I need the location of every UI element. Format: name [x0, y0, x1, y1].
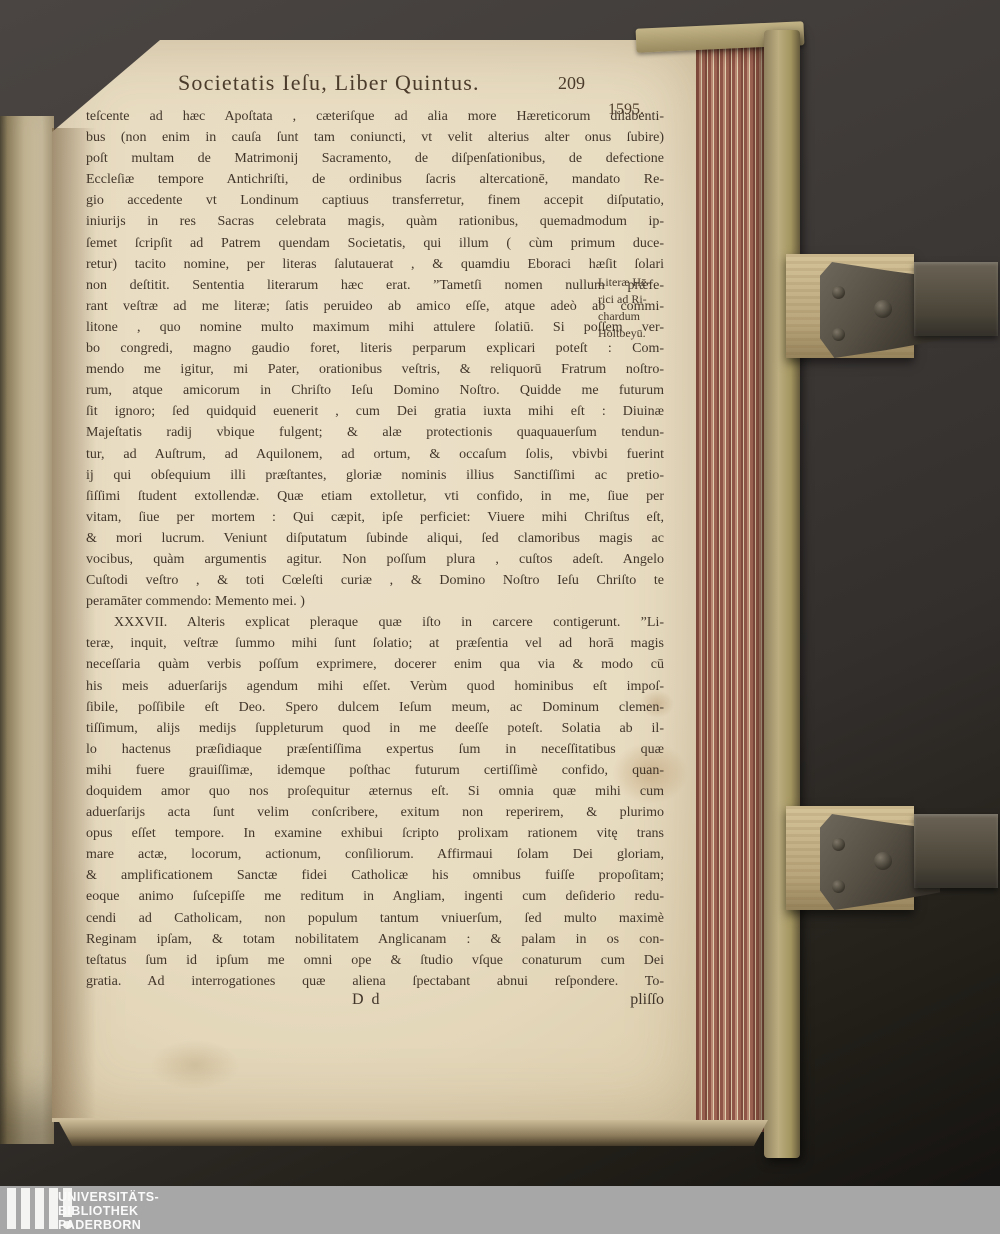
text-line: Eccleſiæ tempore Antichriſti, de ordinib… [86, 169, 664, 190]
text-line: mendo me igitur, mi Pater, orationibus v… [86, 359, 664, 380]
text-line: rum, atque amicorum in Chriſto Ieſu Domi… [86, 380, 664, 401]
text-line: ſiſſimi ſtudent extollendæ. Quæ etiam ex… [86, 486, 664, 507]
fore-edge-page-stack [696, 46, 766, 1132]
text-line: Cuſtodi veſtro , & toti Cœleſti curiæ , … [86, 570, 664, 591]
text-line: non deſtitit. Sententia literarum hæc er… [86, 275, 664, 296]
text-line: mihi fuere grauiſſimæ, idemque poſthac f… [86, 760, 664, 781]
text-line: & mori lucrum. Veniunt diſputatum ſubind… [86, 528, 664, 549]
text-line: gio accedente vt Londinum captiuus trans… [86, 190, 664, 211]
clasp-rivet [832, 880, 845, 893]
library-name: UNIVERSITÄTS-BIBLIOTHEKPADERBORN [58, 1190, 159, 1232]
text-line: ſibile, poſſibile eſt Deo. Spero dulcem … [86, 697, 664, 718]
text-line: bus (non enim in cauſa ſunt tam coniunct… [86, 127, 664, 148]
text-line: retur) tacito nomine, per literas ſaluta… [86, 254, 664, 275]
text-line: Majeſtatis radij vbique fulgent; & alæ p… [86, 422, 664, 443]
library-name-line: BIBLIOTHEK [58, 1204, 159, 1218]
text-line: poſt multam de Matrimonij Sacramento, de… [86, 148, 664, 169]
clasp-rivet [874, 300, 892, 318]
text-line: mare actæ, locorum, actionum, conſilioru… [86, 844, 664, 865]
upper-clasp [786, 248, 1000, 366]
text-line: opus eſſet tempore. In examine exhibui ſ… [86, 823, 664, 844]
logo-bar [7, 1188, 16, 1229]
clasp-rivet [874, 852, 892, 870]
text-line: neceſſaria quàm verbis poſſum exprimere,… [86, 654, 664, 675]
body-text: teſcente ad hæc Apoſtata , cæteriſque ad… [86, 106, 664, 992]
text-line: ſit ignoro; ſed quidquid euenerit , cum … [86, 401, 664, 422]
clasp-rivet [832, 286, 845, 299]
book-scan: Societatis Ieſu, Liber Quintus. 209 1595… [0, 0, 1000, 1234]
page-number: 209 [558, 73, 585, 94]
text-line: Reginam ipſam, & totam nobilitatem Angli… [86, 929, 664, 950]
library-banner: UNIVERSITÄTS-BIBLIOTHEKPADERBORN [0, 1186, 1000, 1234]
clasp-metal-tongue [914, 814, 998, 888]
text-line: ij qui obſequium illi præſtantes, gloriæ… [86, 465, 664, 486]
catchword: pliſſo [594, 991, 664, 1009]
text-line: ſemet ſcripſit ad Patrem quendam Societa… [86, 233, 664, 254]
text-line: cendi ad Catholicam, non populum tantum … [86, 908, 664, 929]
left-page-edge [0, 116, 54, 1144]
side-note-line: Literæ Hē- [598, 274, 666, 291]
library-name-line: UNIVERSITÄTS- [58, 1190, 159, 1204]
vellum-cover-right-edge [764, 30, 800, 1158]
page-bottom-edge [58, 1120, 768, 1146]
text-line: tiſſimum, alijs medijs ſuppleturum quod … [86, 718, 664, 739]
text-line: vitam, ſiue per mortem : Qui cæpit, ipſe… [86, 507, 664, 528]
text-line: gratia. Ad interrogationes quæ aliena ſp… [86, 971, 664, 992]
side-note-line: rici ad Ri- [598, 291, 666, 308]
running-header: Societatis Ieſu, Liber Quintus. [178, 70, 480, 96]
text-line: eoque animo ſuſcepiſſe me reditum in Ang… [86, 886, 664, 907]
text-line: teræ, inquit, veſtræ ſummo mihi ſunt ſol… [86, 633, 664, 654]
logo-bar [49, 1188, 58, 1229]
text-line: & amplificationem Sanctæ fidei Catholicæ… [86, 865, 664, 886]
margin-side-note: Literæ Hē-rici ad Ri-chardumHoltbeyū. [598, 274, 666, 342]
page-stain [150, 1040, 240, 1090]
logo-bar [35, 1188, 44, 1229]
logo-bar [21, 1188, 30, 1229]
text-line: bo congredi, magno gaudio foret, literis… [86, 338, 664, 359]
clasp-rivet [832, 328, 845, 341]
text-line: rant veſtræ ad me literæ; ſatis peruideo… [86, 296, 664, 317]
clasp-rivet [832, 838, 845, 851]
text-line: teſcente ad hæc Apoſtata , cæteriſque ad… [86, 106, 664, 127]
text-line: peramāter commendo: Memento mei. ) [86, 591, 664, 612]
text-line: doquidem amor quo nos proſequitur æternu… [86, 781, 664, 802]
text-line: lo hactenus præſidiaque præſentiſſima ex… [86, 739, 664, 760]
text-line: vocibus, quàm argumentis agitur. Non poſ… [86, 549, 664, 570]
side-note-line: Holtbeyū. [598, 325, 666, 342]
text-line: his meis aduerſarijs agendum mihi eſſet.… [86, 676, 664, 697]
text-line: tur, ad Auſtrum, ad Aquilonem, ad ortum,… [86, 444, 664, 465]
library-name-line: PADERBORN [58, 1218, 159, 1232]
text-line: iniurijs in res Sacras celebrata magis, … [86, 211, 664, 232]
text-line: teſtatus ſum id ipſum me omni ope & ſtud… [86, 950, 664, 971]
lower-clasp [786, 800, 1000, 918]
gathering-signature: D d [352, 991, 382, 1009]
side-note-line: chardum [598, 308, 666, 325]
text-line: aduerſarijs acta ſunt velim conſcribere,… [86, 802, 664, 823]
text-line: litone , quo nomine multo maximum mihi a… [86, 317, 664, 338]
clasp-metal-tongue [914, 262, 998, 336]
text-line: XXXVII. Alteris explicat pleraque quæ iſ… [86, 612, 664, 633]
